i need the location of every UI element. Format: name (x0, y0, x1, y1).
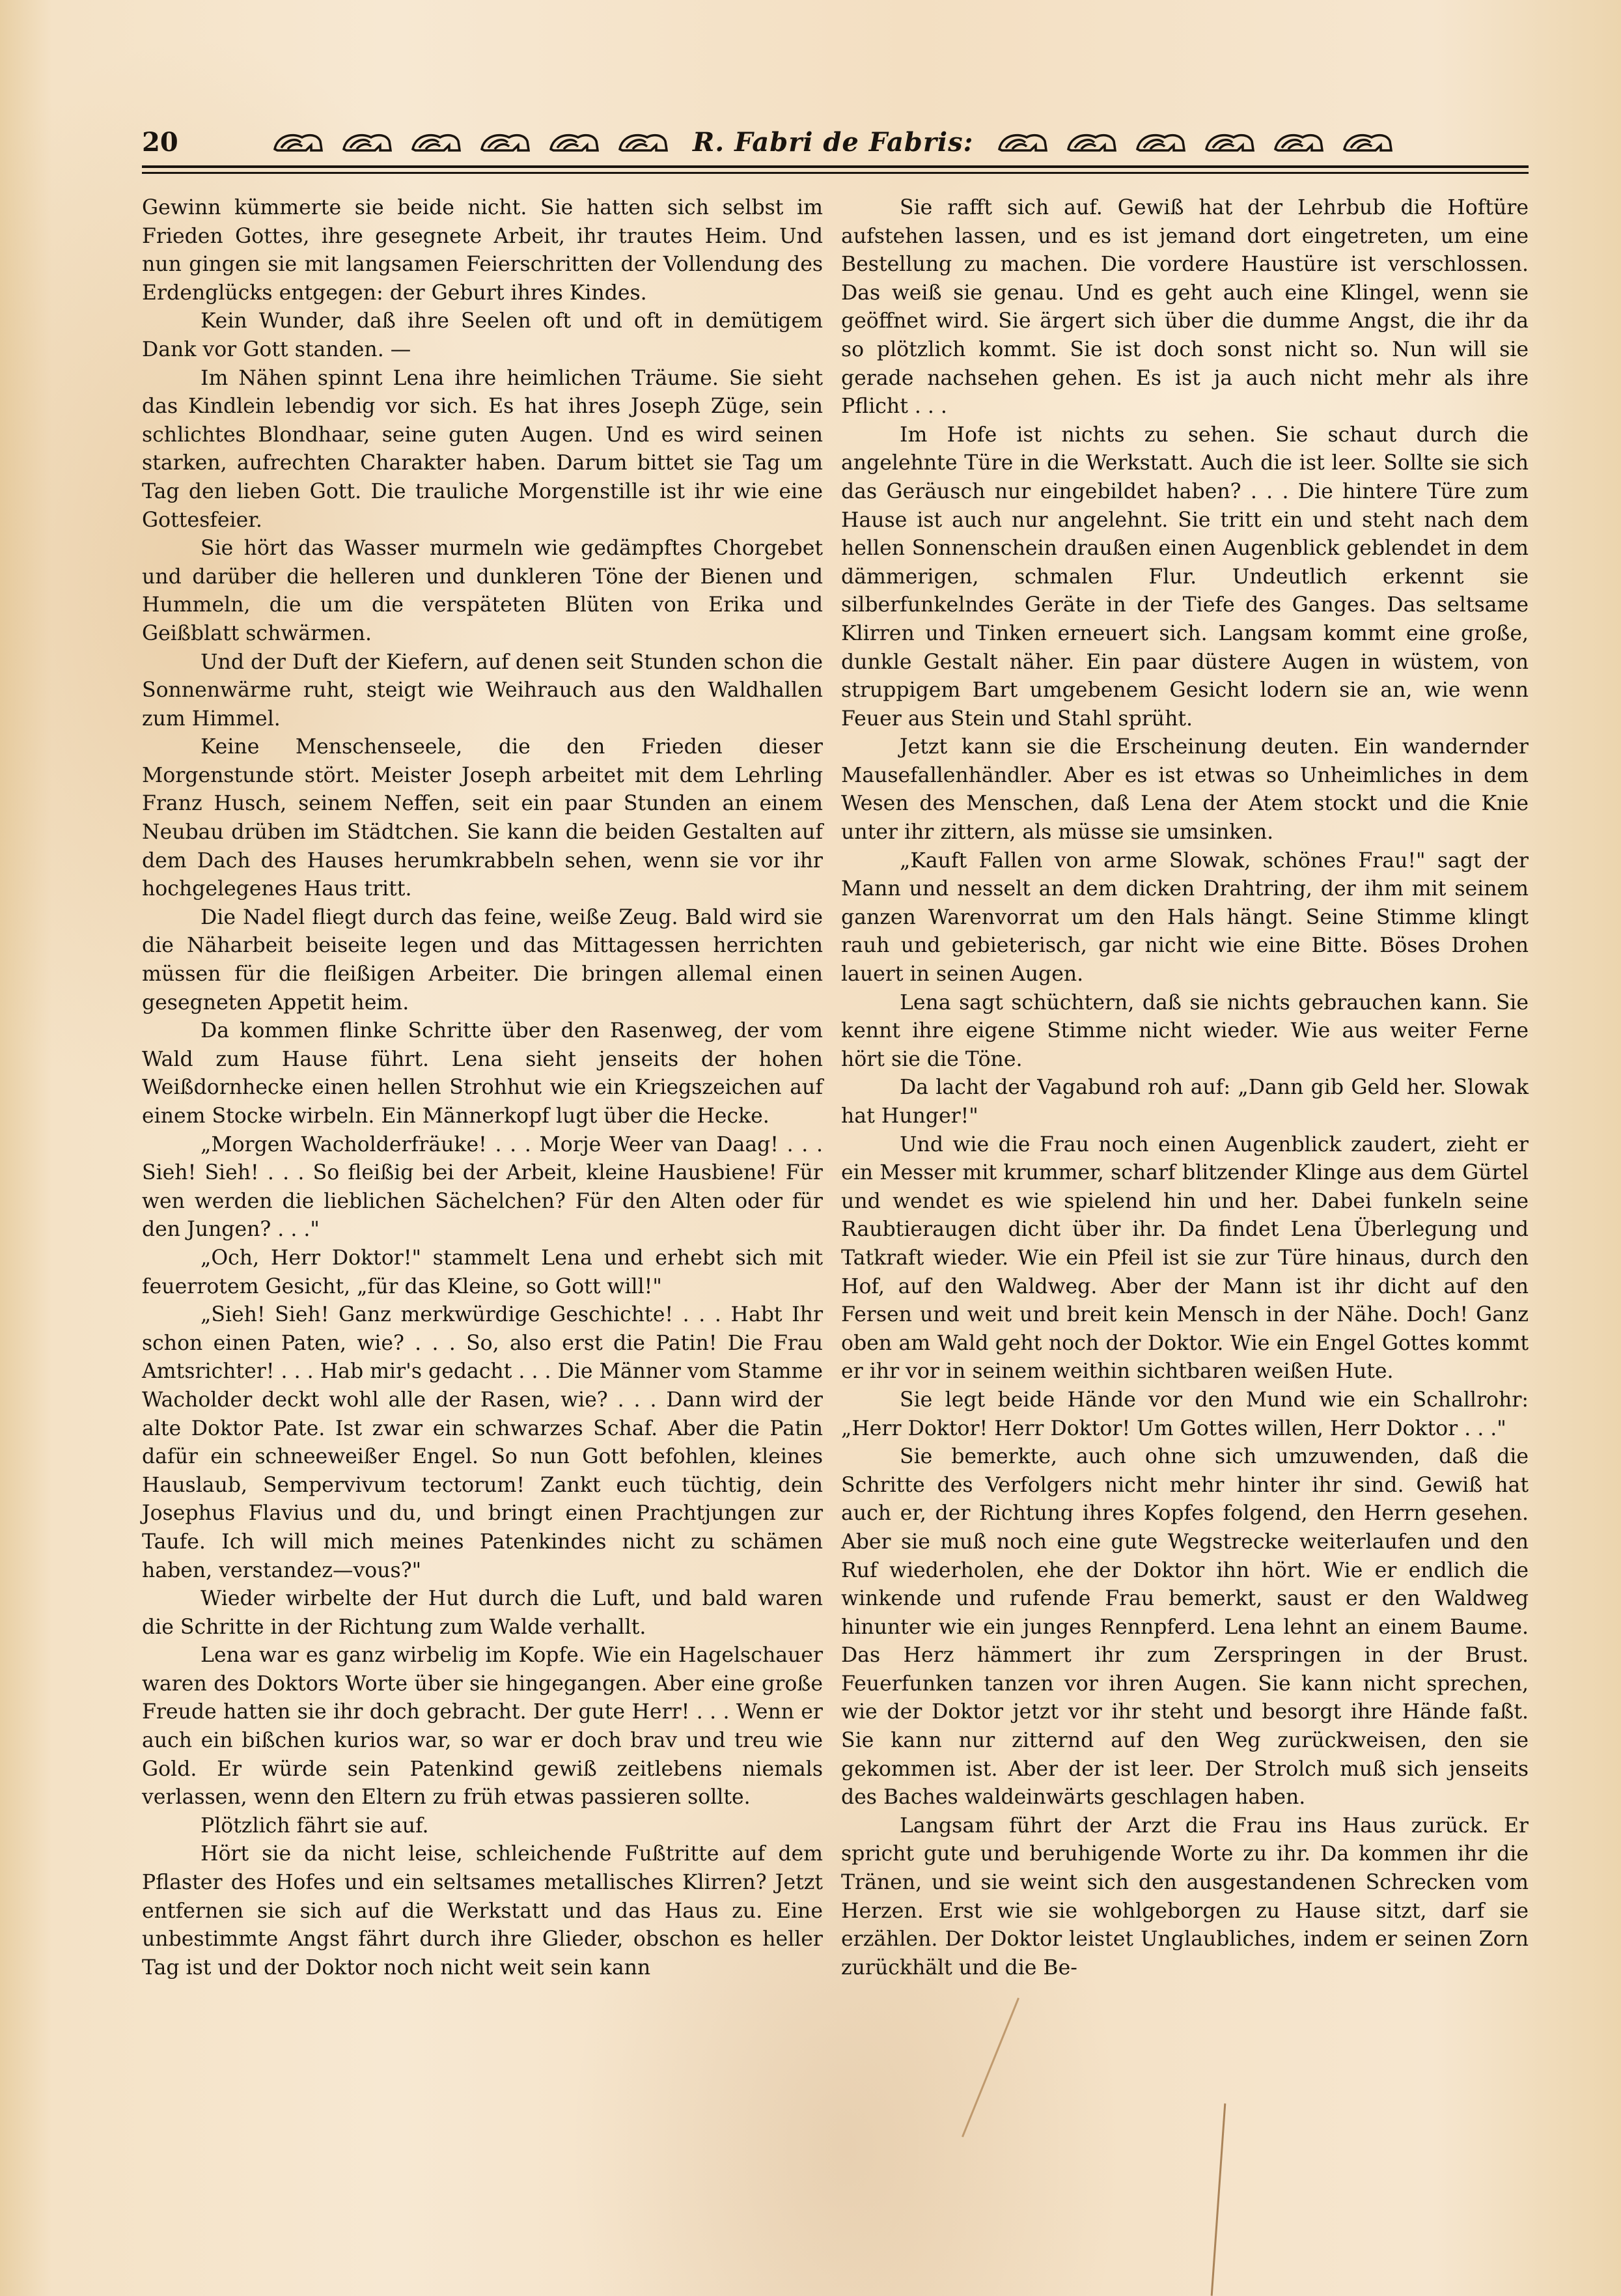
running-title: R. Fabri de Fabris: (693, 127, 973, 158)
paper-crease (962, 1998, 1019, 2137)
running-head: R. Fabri de Fabris: (272, 127, 1529, 158)
leaf-scroll-ornament-icon (479, 130, 531, 154)
text-column-right: Sie rafft sich auf. Gewiß hat der Lehrbu… (841, 194, 1529, 1982)
paragraph: Sie legt beide Hände vor den Mund wie ei… (841, 1386, 1529, 1443)
paragraph: „Kauft Fallen von arme Slowak, schönes F… (841, 847, 1529, 989)
paragraph: Keine Menschenseele, die den Frieden die… (142, 733, 823, 904)
paragraph: Jetzt kann sie die Erscheinung deuten. E… (841, 733, 1529, 847)
leaf-scroll-ornament-icon (341, 130, 393, 154)
header-rule-top (142, 165, 1529, 168)
paragraph: Sie hört das Wasser murmeln wie gedämpft… (142, 535, 823, 648)
paragraph: Sie rafft sich auf. Gewiß hat der Lehrbu… (841, 194, 1529, 421)
paragraph: Im Hofe ist nichts zu sehen. Sie schaut … (841, 421, 1529, 734)
leaf-scroll-ornament-icon (272, 130, 324, 154)
leaf-scroll-ornament-icon (997, 130, 1049, 154)
paper-tear (1211, 2103, 1226, 2295)
leaf-scroll-ornament-icon (548, 130, 600, 154)
paragraph: Lena war es ganz wirbelig im Kopfe. Wie … (142, 1642, 823, 1812)
paragraph: Im Nähen spinnt Lena ihre heimlichen Trä… (142, 365, 823, 535)
paragraph: Sie bemerkte, auch ohne sich umzuwenden,… (841, 1443, 1529, 1812)
leaf-scroll-ornament-icon (617, 130, 669, 154)
paragraph: „Sieh! Sieh! Ganz merkwürdige Geschichte… (142, 1301, 823, 1585)
page-number: 20 (142, 127, 272, 158)
ornament-row-left (272, 130, 669, 154)
paragraph: Wieder wirbelte der Hut durch die Luft, … (142, 1585, 823, 1642)
leaf-scroll-ornament-icon (1204, 130, 1256, 154)
leaf-scroll-ornament-icon (1273, 130, 1325, 154)
paragraph: Da kommen flinke Schritte über den Rasen… (142, 1017, 823, 1130)
paragraph: Hört sie da nicht leise, schleichende Fu… (142, 1840, 823, 1982)
paragraph: Langsam führt der Arzt die Frau ins Haus… (841, 1812, 1529, 1983)
paragraph: „Och, Herr Doktor!" stammelt Lena und er… (142, 1244, 823, 1301)
paragraph: Und wie die Frau noch einen Augenblick z… (841, 1131, 1529, 1386)
scanned-page: 20 R. Fabri de Fabris: Gewinn (0, 0, 1621, 2296)
ornament-row-right (997, 130, 1394, 154)
leaf-scroll-ornament-icon (410, 130, 462, 154)
paragraph: Und der Duft der Kiefern, auf denen seit… (142, 649, 823, 734)
text-column-left: Gewinn kümmerte sie beide nicht. Sie hat… (142, 194, 823, 1982)
leaf-scroll-ornament-icon (1066, 130, 1118, 154)
paragraph: Lena sagt schüchtern, daß sie nichts geb… (841, 989, 1529, 1074)
paragraph: Da lacht der Vagabund roh auf: „Dann gib… (841, 1074, 1529, 1130)
leaf-scroll-ornament-icon (1135, 130, 1187, 154)
paragraph: Plötzlich fährt sie auf. (142, 1812, 823, 1841)
paragraph: Gewinn kümmerte sie beide nicht. Sie hat… (142, 194, 823, 307)
leaf-scroll-ornament-icon (1342, 130, 1394, 154)
paragraph: Kein Wunder, daß ihre Seelen oft und oft… (142, 307, 823, 364)
paragraph: Die Nadel fliegt durch das feine, weiße … (142, 904, 823, 1017)
header-rule-bottom (142, 172, 1529, 174)
running-header: 20 R. Fabri de Fabris: (142, 122, 1529, 161)
paragraph: „Morgen Wacholderfräuke! . . . Morje Wee… (142, 1131, 823, 1244)
